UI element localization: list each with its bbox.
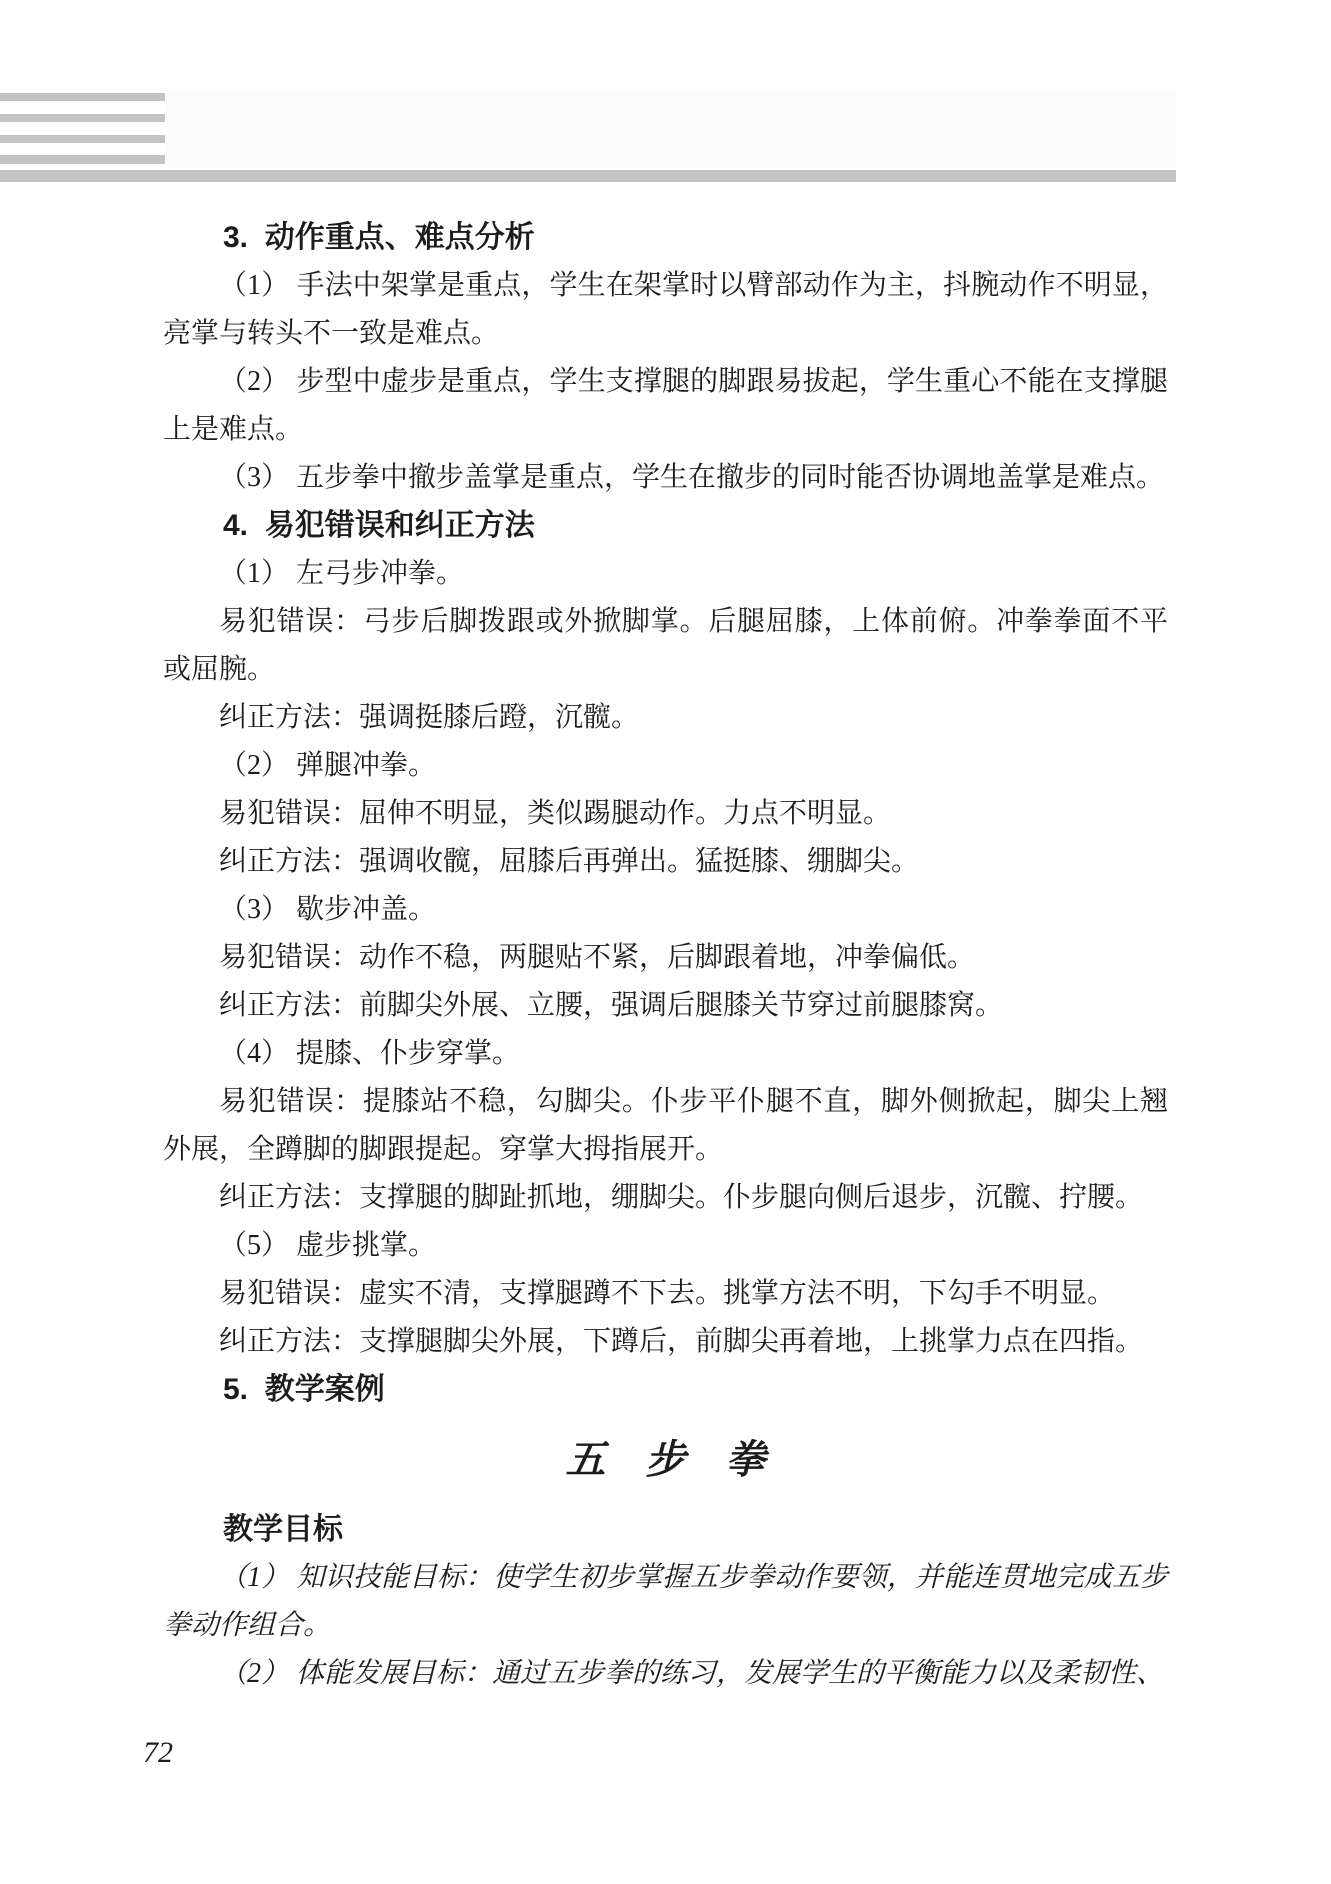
- objective-paragraph: （1） 知识技能目标：使学生初步掌握五步拳动作要领，并能连贯地完成五步拳动作组合…: [163, 1554, 1168, 1650]
- body-paragraph: 易犯错误：虚实不清，支撑腿蹲不下去。挑掌方法不明，下勾手不明显。: [163, 1270, 1168, 1318]
- body-paragraph: 纠正方法：强调挺膝后蹬，沉髋。: [163, 694, 1168, 742]
- body-paragraph: （3） 五步拳中撤步盖掌是重点，学生在撤步的同时能否协调地盖掌是难点。: [163, 454, 1168, 502]
- body-paragraph: （1） 左弓步冲拳。: [163, 550, 1168, 598]
- objectives-heading: 教学目标: [163, 1506, 1168, 1554]
- deco-bar: [0, 93, 165, 101]
- objective-paragraph: （2） 体能发展目标：通过五步拳的练习，发展学生的平衡能力以及柔韧性、: [163, 1650, 1168, 1698]
- section-5-heading: 5. 教学案例: [163, 1366, 1168, 1414]
- section-3-heading: 3. 动作重点、难点分析: [163, 214, 1168, 262]
- book-page: 3. 动作重点、难点分析 （1） 手法中架掌是重点，学生在架掌时以臂部动作为主，…: [0, 0, 1331, 1884]
- body-paragraph: （1） 手法中架掌是重点，学生在架掌时以臂部动作为主，抖腕动作不明显，亮掌与转头…: [163, 262, 1168, 358]
- case-title: 五 步 拳: [163, 1432, 1168, 1488]
- page-content: 3. 动作重点、难点分析 （1） 手法中架掌是重点，学生在架掌时以臂部动作为主，…: [163, 214, 1168, 1698]
- body-paragraph: （2） 步型中虚步是重点，学生支撑腿的脚跟易拔起，学生重心不能在支撑腿上是难点。: [163, 358, 1168, 454]
- deco-bar: [0, 114, 165, 122]
- body-paragraph: 易犯错误：弓步后脚拨跟或外掀脚掌。后腿屈膝，上体前俯。冲拳拳面不平或屈腕。: [163, 598, 1168, 694]
- body-paragraph: （5） 虚步挑掌。: [163, 1222, 1168, 1270]
- deco-bar: [0, 135, 165, 143]
- page-number: 72: [143, 1733, 173, 1773]
- body-paragraph: 纠正方法：支撑腿脚尖外展，下蹲后，前脚尖再着地，上挑掌力点在四指。: [163, 1318, 1168, 1366]
- body-paragraph: 纠正方法：支撑腿的脚趾抓地，绷脚尖。仆步腿向侧后退步，沉髋、拧腰。: [163, 1174, 1168, 1222]
- header-band: [166, 90, 1176, 168]
- body-paragraph: （2） 弹腿冲拳。: [163, 742, 1168, 790]
- body-paragraph: （3） 歇步冲盖。: [163, 886, 1168, 934]
- body-paragraph: 易犯错误：屈伸不明显，类似踢腿动作。力点不明显。: [163, 790, 1168, 838]
- body-paragraph: 纠正方法：前脚尖外展、立腰，强调后腿膝关节穿过前腿膝窝。: [163, 982, 1168, 1030]
- body-paragraph: 易犯错误：提膝站不稳，勾脚尖。仆步平仆腿不直，脚外侧掀起，脚尖上翘外展，全蹲脚的…: [163, 1078, 1168, 1174]
- section-4-heading: 4. 易犯错误和纠正方法: [163, 502, 1168, 550]
- deco-bar: [0, 155, 165, 164]
- body-paragraph: （4） 提膝、仆步穿掌。: [163, 1030, 1168, 1078]
- body-paragraph: 纠正方法：强调收髋，屈膝后再弹出。猛挺膝、绷脚尖。: [163, 838, 1168, 886]
- header-rule-bar: [0, 170, 1176, 182]
- body-paragraph: 易犯错误：动作不稳，两腿贴不紧，后脚跟着地，冲拳偏低。: [163, 934, 1168, 982]
